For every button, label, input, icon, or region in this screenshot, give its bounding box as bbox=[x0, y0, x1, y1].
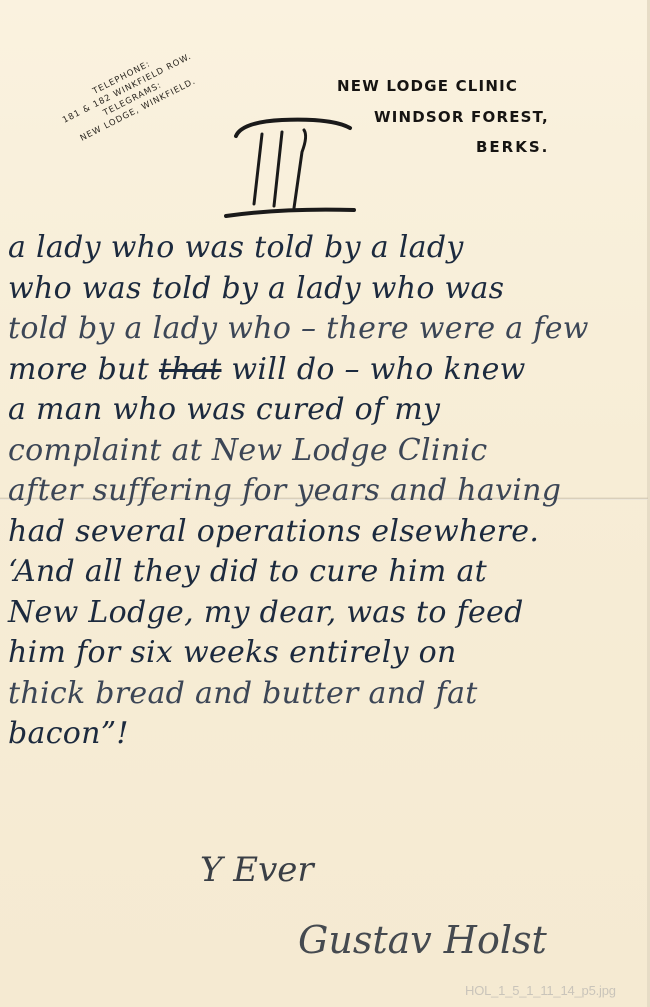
body-line: ‘And all they did to cure him at bbox=[8, 552, 648, 593]
clinic-address-line-2: BERKS. bbox=[476, 138, 549, 156]
file-label: HOL_1_5_1_11_14_p5.jpg bbox=[465, 983, 616, 998]
closing-text: Ever bbox=[233, 850, 313, 890]
body-line: after suffering for years and having bbox=[8, 471, 648, 512]
body-line-with-strikethrough: more but that will do – who knew bbox=[8, 350, 648, 391]
clinic-address-line-1: WINDSOR FOREST, bbox=[374, 108, 549, 126]
page-number-roman-numeral: III bbox=[222, 112, 362, 222]
clinic-name: NEW LODGE CLINIC bbox=[337, 77, 518, 95]
signature: Gustav Holst bbox=[298, 918, 547, 962]
closing-yours-ever: Y Ever bbox=[200, 850, 314, 890]
body-line: complaint at New Lodge Clinic bbox=[8, 431, 648, 472]
body-line: bacon”! bbox=[8, 714, 648, 755]
closing-mark: Y bbox=[200, 850, 222, 890]
body-line: told by a lady who – there were a few bbox=[8, 309, 648, 350]
body-line: New Lodge, my dear, was to feed bbox=[8, 593, 648, 634]
body-line: who was told by a lady who was bbox=[8, 269, 648, 310]
body-line: thick bread and butter and fat bbox=[8, 674, 648, 715]
body-line: had several operations elsewhere. bbox=[8, 512, 648, 553]
svg-text:III: III bbox=[222, 112, 224, 113]
body-line: him for six weeks entirely on bbox=[8, 633, 648, 674]
handwritten-body: a lady who was told by a lady who was to… bbox=[8, 228, 648, 755]
body-line: a lady who was told by a lady bbox=[8, 228, 648, 269]
body-line: a man who was cured of my bbox=[8, 390, 648, 431]
struck-word: that bbox=[159, 352, 222, 387]
